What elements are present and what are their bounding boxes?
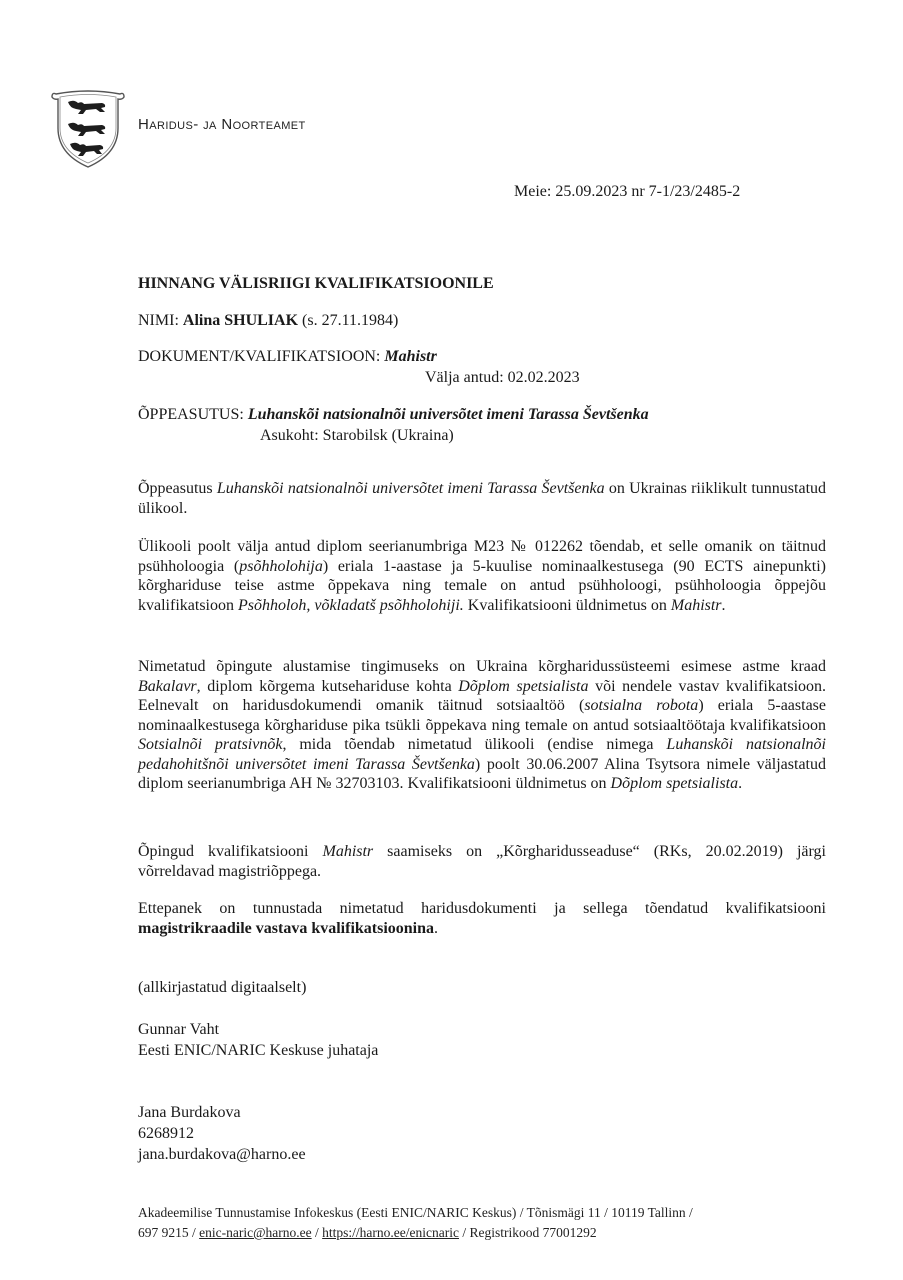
text: , mida tõendab nimetatud ülikooli (endis… (282, 736, 666, 753)
paragraph-proposal: Ettepanek on tunnustada nimetatud haridu… (138, 899, 826, 938)
name-label: NIMI: (138, 312, 179, 329)
institution-location: Asukoht: Starobilsk (Ukraina) (260, 427, 454, 445)
contact-name: Jana Burdakova (138, 1104, 241, 1122)
text: Dõplom spetsialista (611, 775, 739, 792)
paragraph-comparison: Õpingud kvalifikatsiooni Mahistr saamise… (138, 842, 826, 881)
footer-registry-code: / Registrikood 77001292 (459, 1225, 597, 1240)
signer-name: Gunnar Vaht (138, 1021, 219, 1039)
text: Mahistr (322, 843, 373, 860)
institution-label: ÕPPEASUTUS: (138, 406, 244, 423)
text: . (738, 775, 742, 792)
birth-date: (s. 27.11.1984) (302, 312, 398, 329)
person-name: Alina SHULIAK (183, 312, 298, 329)
name-line: NIMI: Alina SHULIAK (s. 27.11.1984) (138, 312, 398, 330)
document-label: DOKUMENT/KVALIFIKATSIOON: (138, 348, 380, 365)
text: Kvalifikatsiooni üldnimetus on (464, 597, 671, 614)
footer-contacts: 697 9215 / enic-naric@harno.ee / https:/… (138, 1223, 778, 1243)
paragraph-diploma: Ülikooli poolt välja antud diplom seeria… (138, 537, 826, 615)
signer-title: Eesti ENIC/NARIC Keskuse juhataja (138, 1042, 378, 1060)
document-title: HINNANG VÄLISRIIGI KVALIFIKATSIOONILE (138, 275, 494, 293)
text: magistrikraadile vastava kvalifikatsioon… (138, 920, 434, 937)
contact-phone: 6268912 (138, 1125, 194, 1143)
institution-line: ÕPPEASUTUS: Luhanskõi natsionalnõi unive… (138, 406, 649, 424)
separator: / (312, 1225, 323, 1240)
footer-website-link[interactable]: https://harno.ee/enicnaric (322, 1225, 459, 1240)
text: , diplom kõrgema kutsehariduse kohta (197, 678, 459, 695)
text: Dõplom spetsialista (458, 678, 588, 695)
text: Ettepanek on tunnustada nimetatud haridu… (138, 900, 826, 917)
text: psõhholohija (239, 558, 323, 575)
text: Mahistr (671, 597, 722, 614)
text: Sotsialnõi pratsivnõk (138, 736, 282, 753)
text: Nimetatud õpingute alustamise tingimusek… (138, 658, 826, 675)
footer: Akadeemilise Tunnustamise Infokeskus (Ee… (138, 1203, 778, 1243)
text: Õppeasutus (138, 480, 217, 497)
footer-address: Akadeemilise Tunnustamise Infokeskus (Ee… (138, 1203, 778, 1223)
text: Psõhholoh, võkladatš psõhholohiji. (238, 597, 464, 614)
text: . (434, 920, 438, 937)
signed-digitally: (allkirjastatud digitaalselt) (138, 979, 306, 997)
text: sotsialna robota (584, 697, 698, 714)
document-line: DOKUMENT/KVALIFIKATSIOON: Mahistr (138, 348, 437, 366)
text: Luhanskõi natsionalnõi universõtet imeni… (217, 480, 605, 497)
text: Bakalavr (138, 678, 197, 695)
institution-name: Luhanskõi natsionalnõi universõtet imeni… (248, 406, 649, 423)
contact-email: jana.burdakova@harno.ee (138, 1146, 306, 1164)
footer-phone: 697 9215 / (138, 1225, 199, 1240)
text: . (722, 597, 726, 614)
document-reference: Meie: 25.09.2023 nr 7-1/23/2485-2 (514, 183, 740, 201)
text: Õpingud kvalifikatsiooni (138, 843, 322, 860)
footer-email-link[interactable]: enic-naric@harno.ee (199, 1225, 312, 1240)
organization-name: Haridus- ja Noorteamet (138, 116, 306, 133)
paragraph-prerequisites: Nimetatud õpingute alustamise tingimusek… (138, 657, 826, 794)
paragraph-recognition: Õppeasutus Luhanskõi natsionalnõi univer… (138, 479, 826, 518)
qualification-name: Mahistr (384, 348, 436, 365)
issue-date: Välja antud: 02.02.2023 (425, 369, 580, 387)
estonian-coat-of-arms-icon (50, 88, 126, 170)
